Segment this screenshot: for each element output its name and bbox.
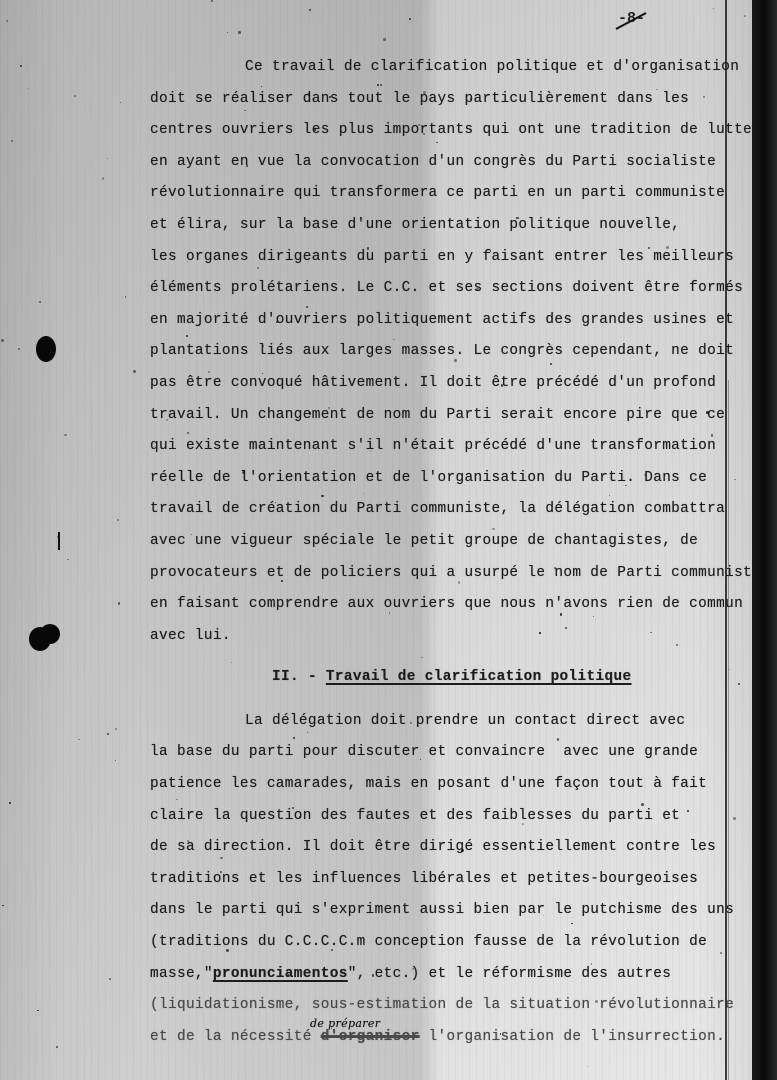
scan-speck bbox=[734, 479, 735, 480]
scan-speck bbox=[125, 296, 126, 297]
scan-speck bbox=[231, 662, 232, 663]
scan-speck bbox=[295, 904, 297, 906]
section-heading: II. - Travail de clarification politique bbox=[150, 662, 730, 694]
scan-speck bbox=[107, 158, 108, 159]
scan-speck bbox=[18, 348, 20, 350]
text-line: dans le parti qui s'expriment aussi bien… bbox=[150, 895, 730, 927]
scan-speck bbox=[409, 18, 411, 20]
scan-speck bbox=[102, 177, 105, 180]
text-line: avec lui. bbox=[150, 621, 730, 653]
scan-speck bbox=[115, 760, 116, 761]
text-line: doit se réaliser dans tout le pays parti… bbox=[150, 84, 730, 116]
text-line: révolutionnaire qui transformera ce part… bbox=[150, 178, 730, 210]
scan-speck bbox=[227, 32, 228, 33]
scan-speck bbox=[454, 359, 457, 362]
text-line: les organes dirigeants du parti en y fai… bbox=[150, 242, 730, 274]
scan-speck bbox=[293, 737, 294, 738]
text-segment: l'organisation de l'insurrection. bbox=[420, 1029, 726, 1045]
scan-speck bbox=[676, 644, 678, 646]
scan-speck bbox=[220, 871, 222, 873]
scan-speck bbox=[6, 20, 8, 22]
scan-speck bbox=[211, 0, 213, 2]
scan-speck bbox=[539, 632, 540, 633]
scan-speck bbox=[307, 93, 310, 96]
underlined-term: pronunciamentos bbox=[213, 966, 348, 982]
scan-speck bbox=[363, 493, 364, 494]
scan-speck bbox=[744, 15, 746, 17]
scan-speck bbox=[187, 432, 189, 434]
scan-speck bbox=[242, 471, 245, 474]
scan-speck bbox=[706, 411, 709, 414]
text-line: en ayant en vue la convocation d'un cong… bbox=[150, 147, 730, 179]
scan-speck bbox=[1, 339, 4, 342]
scan-speck bbox=[20, 65, 22, 67]
text-line: provocateurs et de policiers qui a usurp… bbox=[150, 558, 730, 590]
scan-speck bbox=[64, 434, 66, 436]
scan-speck bbox=[331, 1027, 332, 1028]
scan-speck bbox=[418, 124, 420, 126]
paragraph-1: Ce travail de clarification politique et… bbox=[150, 52, 730, 652]
scan-speck bbox=[37, 1010, 38, 1011]
scan-speck bbox=[383, 38, 386, 41]
scan-speck bbox=[565, 627, 567, 629]
scan-speck bbox=[713, 8, 715, 10]
scan-speck bbox=[587, 1066, 588, 1067]
scan-speck bbox=[458, 581, 461, 584]
scan-speck bbox=[74, 95, 76, 97]
text-line: La délégation doit prendre un contact di… bbox=[150, 706, 730, 738]
scan-speck bbox=[117, 519, 119, 521]
scan-speck bbox=[367, 247, 369, 249]
scan-speck bbox=[208, 371, 210, 373]
scan-speck bbox=[666, 246, 669, 249]
scan-speck bbox=[516, 217, 519, 220]
scan-speck bbox=[557, 738, 560, 741]
scan-speck bbox=[410, 722, 412, 724]
scan-speck bbox=[711, 434, 714, 437]
scan-speck bbox=[619, 906, 621, 908]
scan-speck bbox=[703, 96, 705, 98]
section-number: II. - bbox=[272, 669, 326, 685]
text-line: qui existe maintenant s'il n'était précé… bbox=[150, 431, 730, 463]
scan-speck bbox=[115, 728, 117, 730]
text-line: traditions et les influences libérales e… bbox=[150, 864, 730, 896]
text-line: travail de création du Parti communiste,… bbox=[150, 494, 730, 526]
margin-rule bbox=[728, 380, 729, 1080]
paragraph-2: La délégation doit prendre un contact di… bbox=[150, 706, 730, 959]
scan-speck bbox=[2, 905, 3, 906]
text-line: éléments prolétariens. Le C.C. et ses se… bbox=[150, 273, 730, 305]
scan-speck bbox=[733, 817, 736, 820]
text-line: en faisant comprendre aux ouvriers que n… bbox=[150, 589, 730, 621]
scanned-page: -8- Ce travail de clarification politiqu… bbox=[0, 0, 752, 1080]
scan-speck bbox=[187, 840, 189, 842]
scan-speck bbox=[353, 100, 355, 102]
scan-speck bbox=[78, 739, 80, 741]
text-line: centres ouvriers les plus importants qui… bbox=[150, 115, 730, 147]
scan-speck bbox=[11, 140, 13, 142]
scan-speck bbox=[380, 84, 382, 86]
scan-speck bbox=[738, 683, 740, 685]
scan-speck bbox=[644, 474, 646, 476]
margin-mark bbox=[58, 532, 60, 550]
text-line-last: et de la nécessité d'organiser l'organis… bbox=[150, 1022, 730, 1054]
scan-speck bbox=[39, 301, 41, 303]
scan-speck bbox=[118, 602, 120, 604]
text-line: et élira, sur la base d'une orientation … bbox=[150, 210, 730, 242]
scan-speck bbox=[186, 335, 188, 337]
document-body: Ce travail de clarification politique et… bbox=[150, 52, 730, 1053]
scan-speck bbox=[9, 802, 10, 803]
text-line: patience les camarades, mais en posant d… bbox=[150, 769, 730, 801]
scan-speck bbox=[120, 102, 121, 103]
scan-speck bbox=[133, 370, 136, 373]
text-line: réelle de l'orientation et de l'organisa… bbox=[150, 463, 730, 495]
handwritten-insertion: de préparer bbox=[310, 1008, 380, 1040]
scan-speck bbox=[109, 978, 111, 980]
scan-speck bbox=[56, 1046, 58, 1048]
section-title: Travail de clarification politique bbox=[326, 669, 632, 685]
scan-speck bbox=[321, 495, 323, 497]
text-segment: ", etc.) et le réformisme des autres bbox=[348, 966, 672, 982]
scan-edge bbox=[752, 0, 777, 1080]
text-line-liquidation: (liquidationisme, sous-estimation de la … bbox=[150, 990, 730, 1022]
text-segment: masse," bbox=[150, 966, 213, 982]
punch-hole bbox=[40, 624, 60, 644]
scan-speck bbox=[420, 759, 421, 760]
scan-speck bbox=[238, 31, 240, 33]
scan-speck bbox=[67, 559, 69, 561]
text-line-masse: masse,"pronunciamentos", etc.) et le réf… bbox=[150, 959, 730, 991]
scan-speck bbox=[372, 974, 374, 976]
scan-speck bbox=[331, 949, 333, 951]
text-line: plantations liés aux larges masses. Le c… bbox=[150, 336, 730, 368]
text-line: pas être convoqué hâtivement. Il doit êt… bbox=[150, 368, 730, 400]
text-segment: et de la nécessité bbox=[150, 1029, 321, 1045]
scan-speck bbox=[309, 9, 311, 11]
scan-speck bbox=[393, 339, 394, 340]
margin-rule bbox=[725, 0, 727, 1080]
scan-speck bbox=[107, 733, 109, 735]
text-line: Ce travail de clarification politique et… bbox=[150, 52, 730, 84]
text-line: de sa direction. Il doit être dirigé ess… bbox=[150, 832, 730, 864]
scan-speck bbox=[28, 88, 29, 89]
text-line: la base du parti pour discuter et convai… bbox=[150, 737, 730, 769]
text-line: (traditions du C.C.C.C.m conception faus… bbox=[150, 927, 730, 959]
scan-speck bbox=[423, 133, 425, 135]
scan-speck bbox=[412, 968, 414, 970]
scan-speck bbox=[560, 613, 563, 616]
text-line: avec une vigueur spéciale le petit group… bbox=[150, 526, 730, 558]
scan-speck bbox=[244, 110, 245, 111]
scan-speck bbox=[275, 502, 276, 503]
text-line: travail. Un changement de nom du Parti s… bbox=[150, 400, 730, 432]
scan-speck bbox=[265, 248, 266, 249]
scan-speck bbox=[220, 857, 222, 859]
page-number: -8- bbox=[618, 10, 645, 27]
text-line: en majorité d'ouvriers politiquement act… bbox=[150, 305, 730, 337]
punch-hole bbox=[36, 336, 56, 362]
